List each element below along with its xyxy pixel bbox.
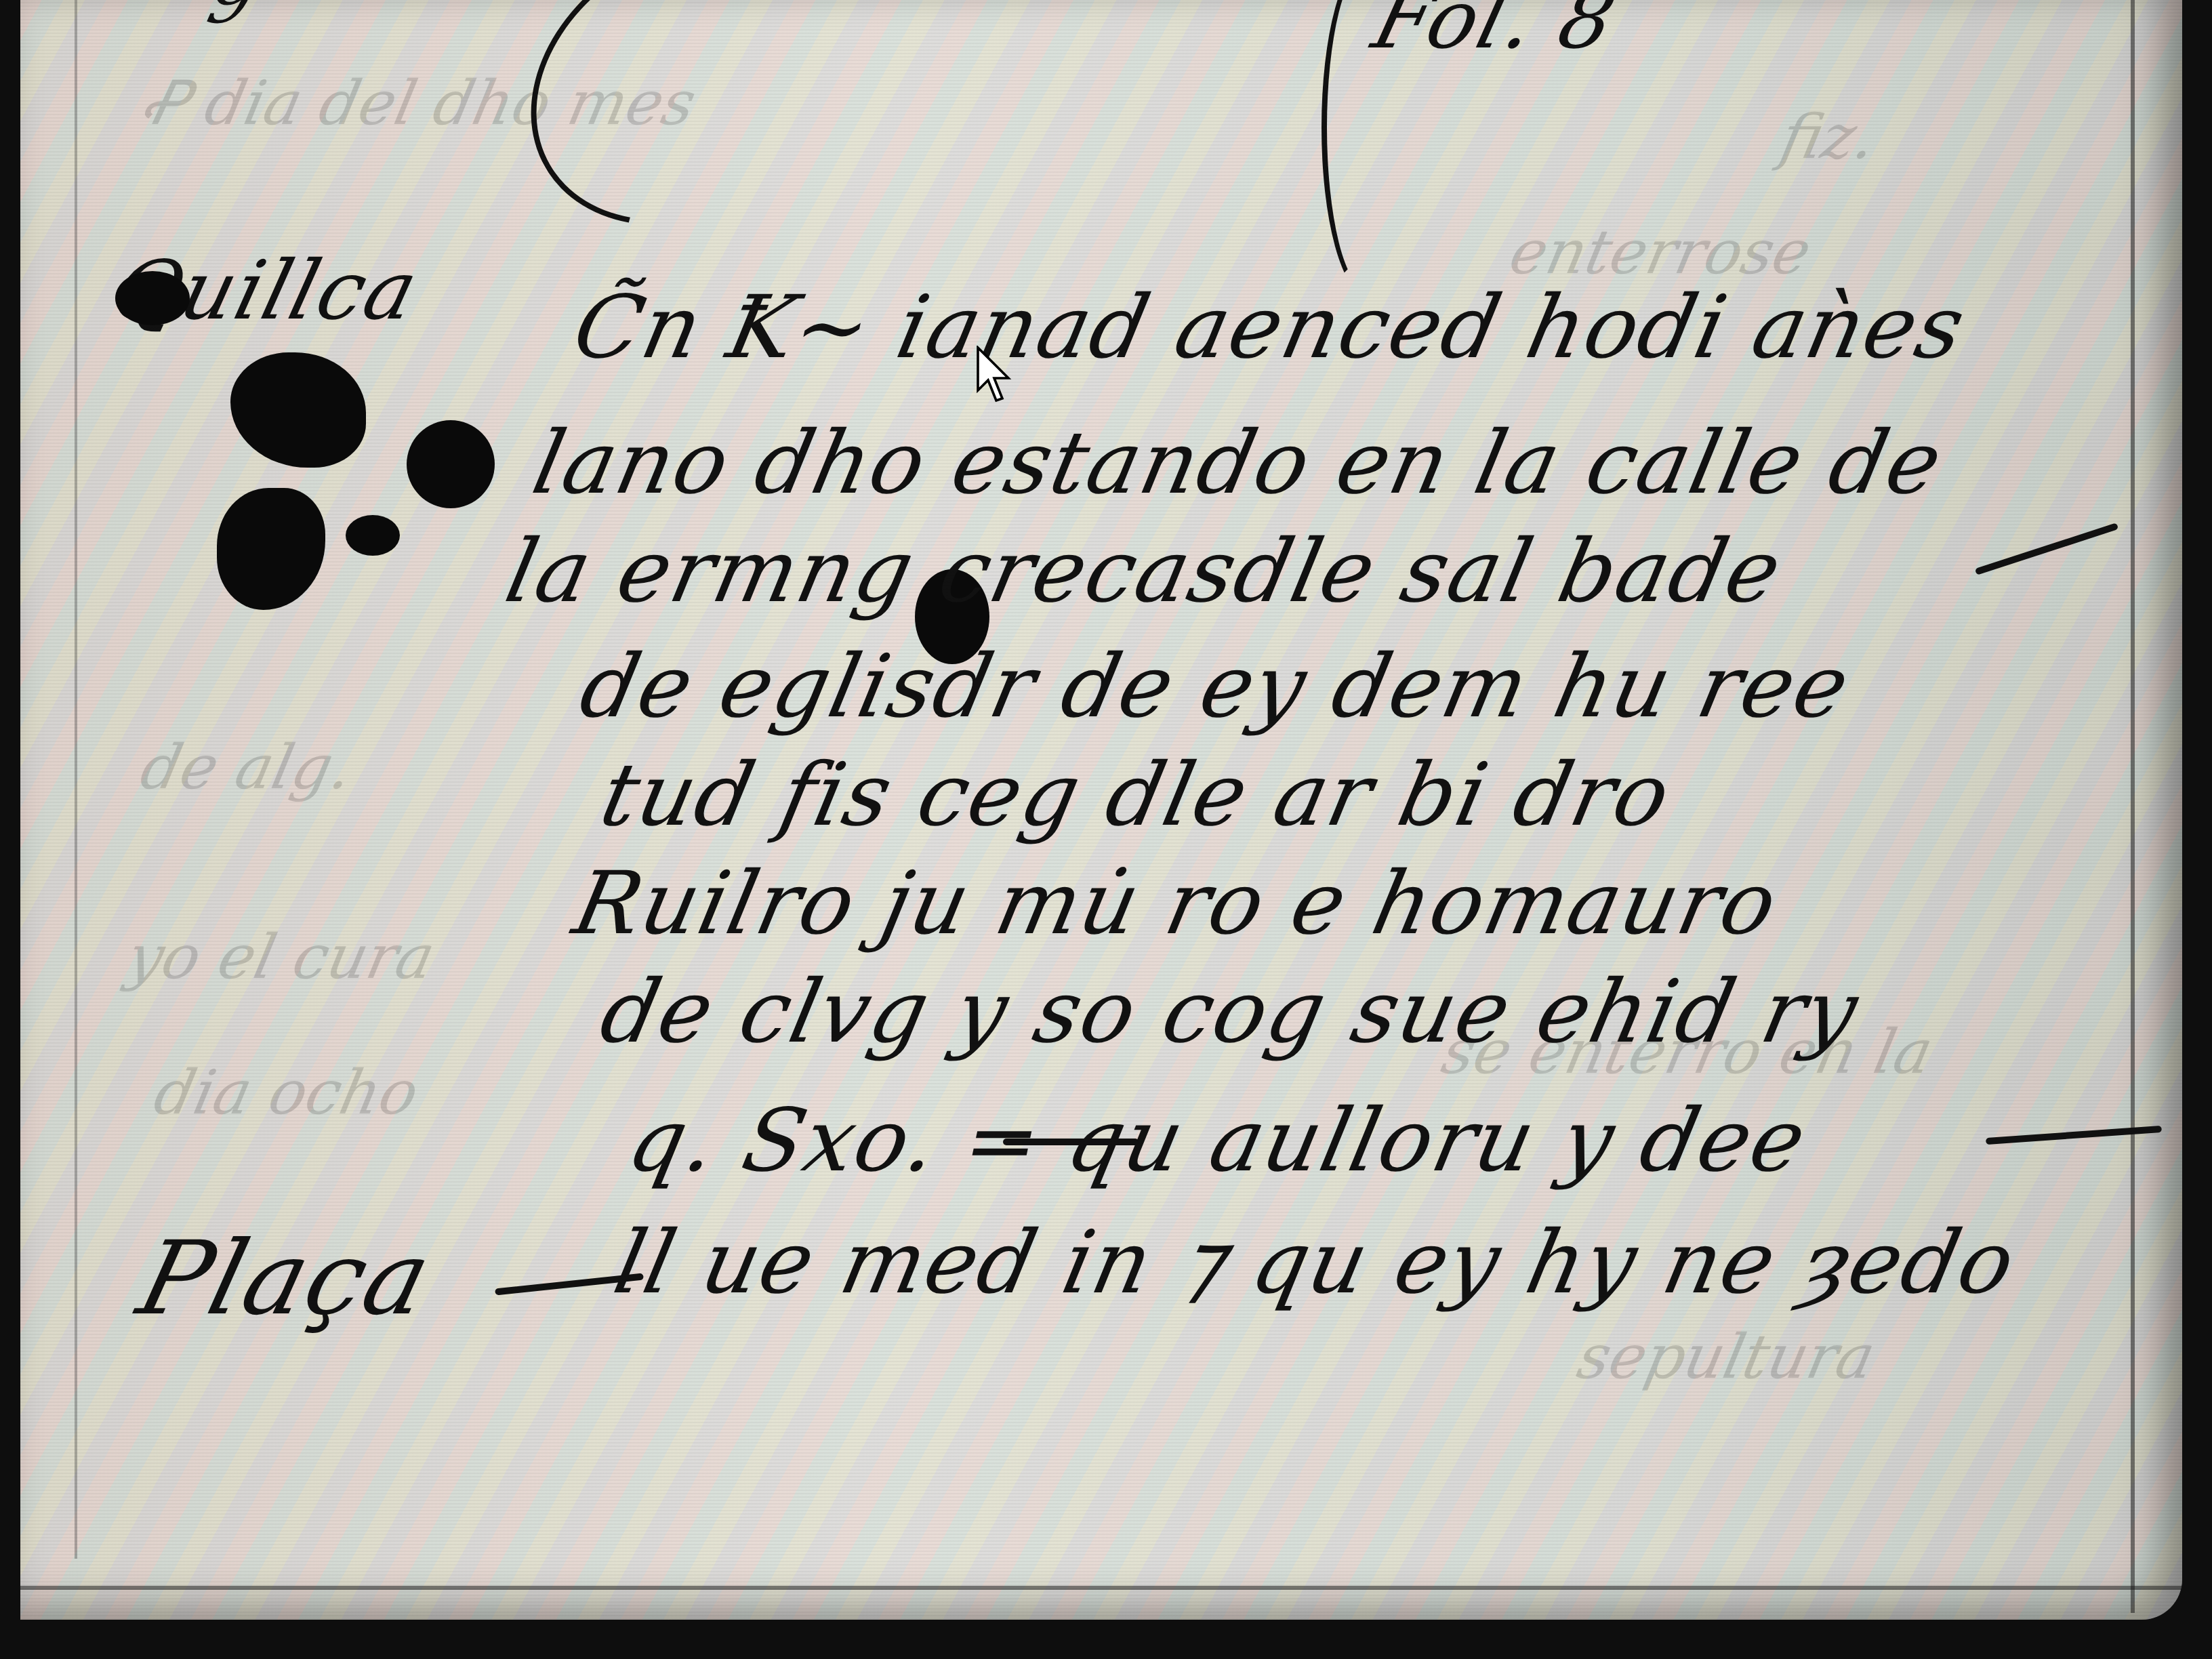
- manuscript-line-6: Ruilro ju mu̇ ro e homauro: [567, 861, 1784, 947]
- bleed-through-text: dia ocho: [148, 1057, 425, 1128]
- margin-note-bottom: Plaça: [127, 1220, 443, 1338]
- bleed-through-text: de alg.: [135, 732, 359, 803]
- manuscript-line-5: tud fis ceg dle ar bi dro: [594, 752, 1678, 839]
- top-flourish: [478, 0, 916, 283]
- manuscript-line-3: la ermng crecasdle sal bade: [499, 529, 1789, 615]
- bleed-through-text: fiz.: [1775, 102, 1882, 173]
- pen-stroke: [1003, 1139, 1139, 1145]
- manuscript-line-8: q. Sxo. = qu aulloru y dee: [621, 1098, 1814, 1185]
- bleed-through-text: yo el cura: [121, 922, 441, 993]
- manuscript-line-7: de clvg y so cog sue ehid ry: [594, 969, 1866, 1056]
- manuscript-line-9: ll ue med in ⁊ qu ey hy ne ȝedo: [607, 1220, 2022, 1307]
- ink-blot: [217, 488, 325, 610]
- right-page-edge: [2131, 0, 2135, 1613]
- bleed-through-text: sepultura: [1572, 1322, 1881, 1393]
- ink-blot: [407, 420, 495, 508]
- ink-blot: [230, 352, 366, 468]
- header-fragment: Fol. 8: [1364, 0, 1626, 67]
- pen-stroke: [1986, 1126, 2162, 1145]
- manuscript-line-2: lano dho estando en la calle de: [526, 420, 1950, 507]
- header-fragment: 9: [200, 0, 264, 39]
- screen-photo: Ꝓ dia del dho mes enterrose de alg. yo e…: [0, 0, 2212, 1659]
- manuscript-line-1: C̃n Ꝁ~ ianad aenced hodi aǹes: [567, 285, 1972, 371]
- pen-stroke: [1975, 523, 2118, 575]
- manuscript-line-4: de eglisdr de ey dem hu ree: [573, 644, 1857, 731]
- mouse-cursor-icon: [976, 346, 1017, 407]
- left-ruled-margin: [75, 0, 77, 1559]
- page-bottom-edge: [20, 1586, 2182, 1590]
- ink-blot: [346, 515, 400, 556]
- ink-blot: [115, 271, 190, 325]
- manuscript-page: Ꝓ dia del dho mes enterrose de alg. yo e…: [20, 0, 2182, 1620]
